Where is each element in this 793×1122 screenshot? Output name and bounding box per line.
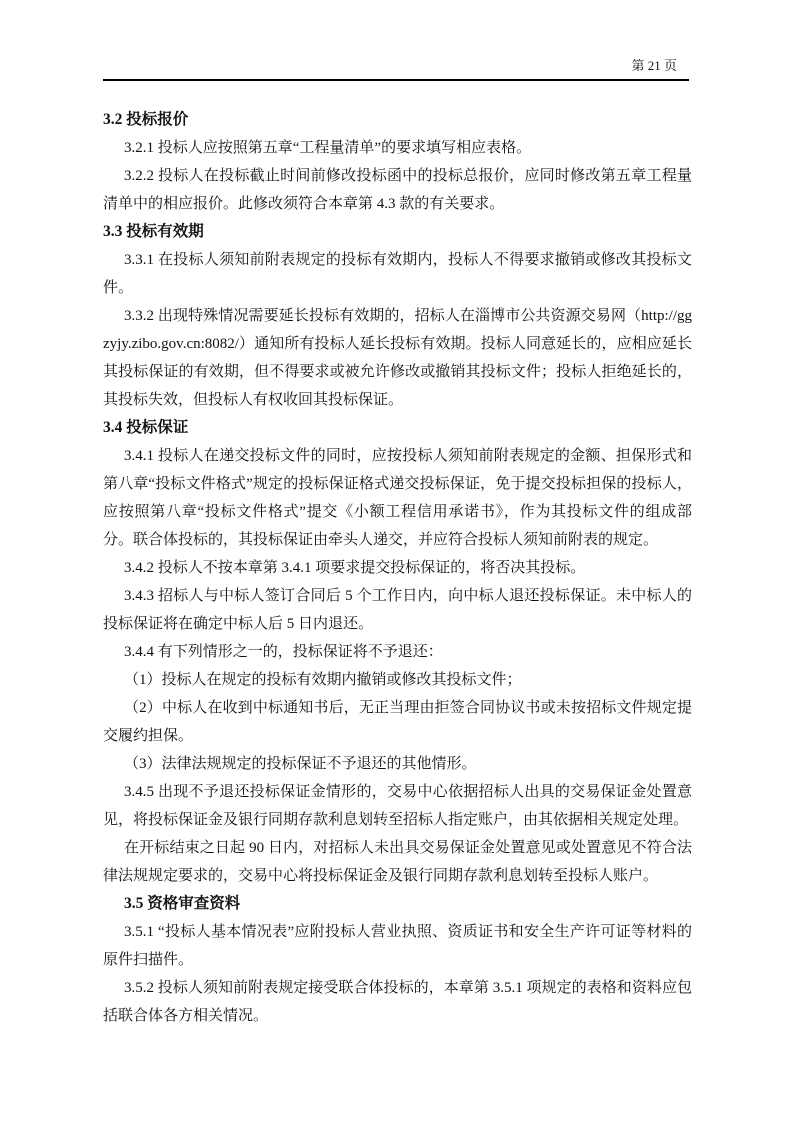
paragraph-3-4-5-cont: 在开标结束之日起 90 日内，对招标人未出具交易保证金处置意见或处置意见不符合法…: [103, 834, 692, 890]
paragraph-3-5-2: 3.5.2 投标人须知前附表规定接受联合体投标的，本章第 3.5.1 项规定的表…: [103, 974, 692, 1030]
page-number-header: 第 21 页: [103, 57, 689, 81]
paragraph-3-3-1: 3.3.1 在投标人须知前附表规定的投标有效期内，投标人不得要求撤销或修改其投标…: [103, 246, 692, 302]
list-item-3: （3）法律法规规定的投标保证不予退还的其他情形。: [103, 750, 692, 778]
section-heading-3-4: 3.4 投标保证: [103, 414, 692, 442]
paragraph-3-4-2: 3.4.2 投标人不按本章第 3.4.1 项要求提交投标保证的，将否决其投标。: [103, 554, 692, 582]
paragraph-3-4-1: 3.4.1 投标人在递交投标文件的同时，应按投标人须知前附表规定的金额、担保形式…: [103, 442, 692, 554]
list-item-1: （1）投标人在规定的投标有效期内撤销或修改其投标文件；: [103, 666, 692, 694]
paragraph-3-2-2: 3.2.2 投标人在投标截止时间前修改投标函中的投标总报价，应同时修改第五章工程…: [103, 162, 692, 218]
section-heading-3-2: 3.2 投标报价: [103, 106, 692, 134]
paragraph-3-4-3: 3.4.3 招标人与中标人签订合同后 5 个工作日内，向中标人退还投标保证。未中…: [103, 582, 692, 638]
section-heading-3-3: 3.3 投标有效期: [103, 218, 692, 246]
paragraph-3-5-1: 3.5.1 “投标人基本情况表”应附投标人营业执照、资质证书和安全生产许可证等材…: [103, 918, 692, 974]
paragraph-3-2-1: 3.2.1 投标人应按照第五章“工程量清单”的要求填写相应表格。: [103, 134, 692, 162]
paragraph-3-4-5: 3.4.5 出现不予退还投标保证金情形的，交易中心依据招标人出具的交易保证金处置…: [103, 778, 692, 834]
paragraph-3-3-2: 3.3.2 出现特殊情况需要延长投标有效期的，招标人在淄博市公共资源交易网（ht…: [103, 302, 692, 414]
document-body: 3.2 投标报价 3.2.1 投标人应按照第五章“工程量清单”的要求填写相应表格…: [103, 106, 692, 1030]
document-page: 第 21 页 3.2 投标报价 3.2.1 投标人应按照第五章“工程量清单”的要…: [0, 0, 793, 1122]
list-item-2: （2）中标人在收到中标通知书后，无正当理由拒签合同协议书或未按招标文件规定提交履…: [103, 694, 692, 750]
paragraph-3-4-4: 3.4.4 有下列情形之一的，投标保证将不予退还：: [103, 638, 692, 666]
section-heading-3-5: 3.5 资格审查资料: [103, 890, 692, 918]
